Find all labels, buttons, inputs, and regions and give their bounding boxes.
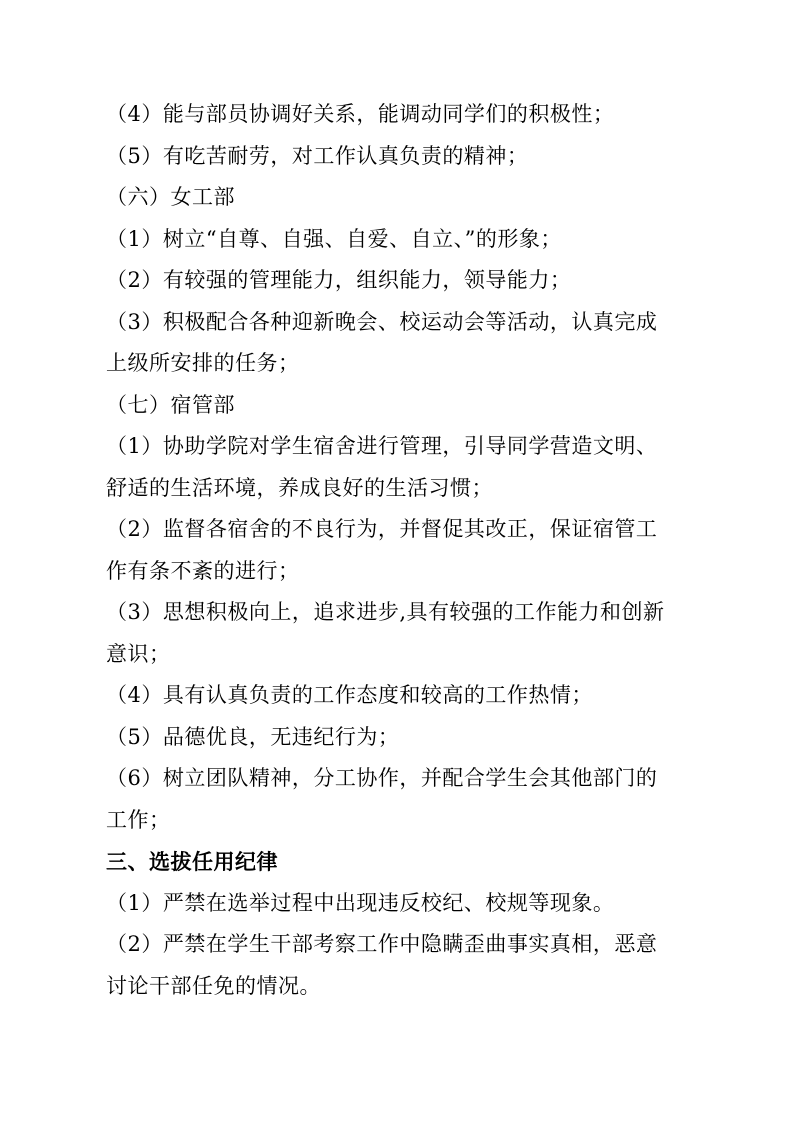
text-line: （3）积极配合各种迎新晚会、校运动会等活动，认真完成 [106,302,688,344]
text-line: （2）监督各宿舍的不良行为，并督促其改正，保证宿管工 [106,509,688,551]
text-line: （1）树立“自尊、自强、自爱、自立、”的形象； [106,219,688,261]
text-line: （2）有较强的管理能力，组织能力，领导能力； [106,260,688,302]
text-line: （七）宿管部 [106,385,688,427]
text-line: 作有条不紊的进行； [106,551,688,593]
text-line: （4）具有认真负责的工作态度和较高的工作热情； [106,675,688,717]
section-heading: 三、选拔任用纪律 [106,841,688,883]
document-body: （4）能与部员协调好关系，能调动同学们的积极性； （5）有吃苦耐劳，对工作认真负… [106,94,688,1007]
text-line: （六）女工部 [106,177,688,219]
text-line: （3）思想积极向上，追求进步,具有较强的工作能力和创新 [106,592,688,634]
text-line: （2）严禁在学生干部考察工作中隐瞒歪曲事实真相，恶意 [106,924,688,966]
text-line: 上级所安排的任务； [106,343,688,385]
document-page: （4）能与部员协调好关系，能调动同学们的积极性； （5）有吃苦耐劳，对工作认真负… [0,0,793,1122]
text-line: （4）能与部员协调好关系，能调动同学们的积极性； [106,94,688,136]
text-line: （5）有吃苦耐劳，对工作认真负责的精神； [106,136,688,178]
text-line: 讨论干部任免的情况。 [106,966,688,1008]
text-line: （1）严禁在选举过程中出现违反校纪、校规等现象。 [106,883,688,925]
text-line: 舒适的生活环境，养成良好的生活习惯； [106,468,688,510]
text-line: （1）协助学院对学生宿舍进行管理，引导同学营造文明、 [106,426,688,468]
text-line: 意识； [106,634,688,676]
text-line: 工作； [106,800,688,842]
text-line: （5）品德优良，无违纪行为； [106,717,688,759]
text-line: （6）树立团队精神，分工协作，并配合学生会其他部门的 [106,758,688,800]
